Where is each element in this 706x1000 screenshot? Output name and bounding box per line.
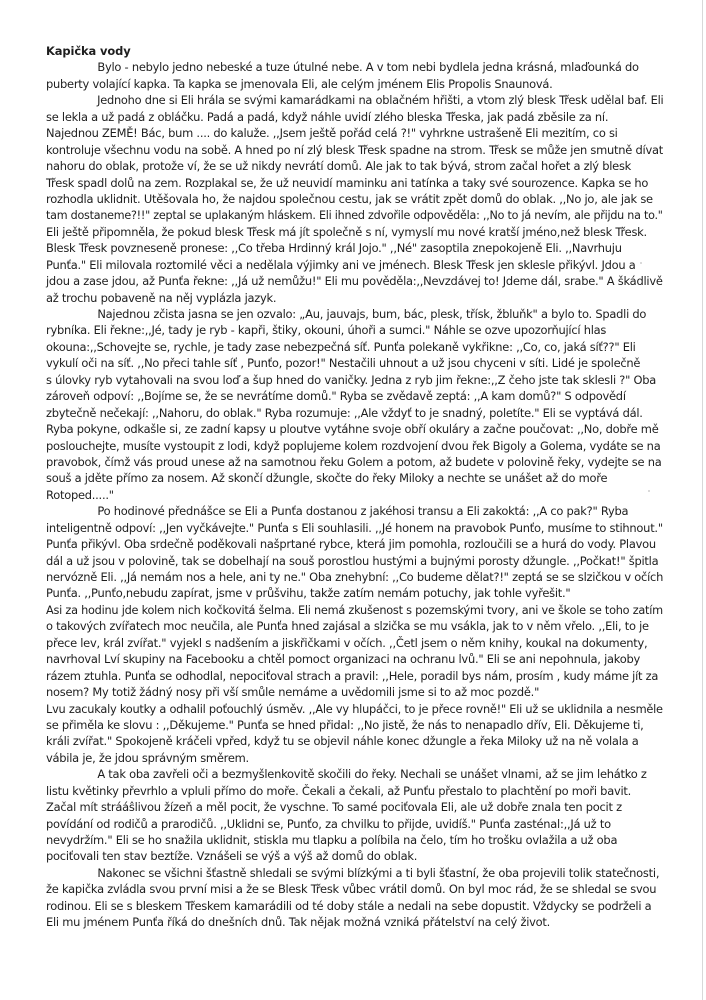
paragraph-first-line: Bylo - nebylo jedno nebeské a tuze útuln… [46,59,663,75]
text-line: Lvu zacukaly koutky a odhalil poťouchlý … [46,701,658,717]
text-line: rodinou. Eli se s bleskem Třeskem kamará… [46,898,663,914]
text-line: nevydržím." Eli se ho snažila uklidnit, … [46,832,663,848]
document-title: Kapička vody [46,43,663,59]
text-line: Najednou ZEMĚ! Bác, bum .... do kaluže. … [46,125,663,141]
text-line: vykulí oči na síť. ,,No přeci tahle síť … [46,355,663,371]
text-line: že kapička zvládla svou první misi a že … [46,881,663,897]
text-line: rozhodla uklidnit. Utěšovala ho, že najd… [46,191,663,207]
text-line: o takových zvířatech moc neučila, ale Pu… [46,618,663,634]
text-line: Punťa." Eli milovala roztomilé věci a ne… [46,257,663,273]
text-line: nervózně Eli. ,,Já nemám nos a hele, ani… [46,569,663,585]
paragraph-first-line: Po hodinové přednášce se Eli a Punťa dos… [46,503,663,519]
paragraph-first-line: Najednou zčista jasna se jen ozvalo: „Au… [46,306,663,322]
text-line: Eli mu jménem Punťa říká do dnešních dnů… [46,914,663,930]
text-line: Punťa přikývl. Oba srdečně poděkovali na… [46,536,663,552]
text-line: dál a už jsou v polovině, tak se dobelha… [46,553,663,569]
paragraph-first-line: A tak oba zavřeli oči a bezmyšlenkovitě … [46,766,663,782]
text-line: se lekla a už padá z obláčku. Padá a pad… [46,109,663,125]
text-line: rázem ztuhla. Punťa se odhodlal, nepociť… [46,668,663,684]
text-line: se přiměla ke slovu : ,,Děkujeme." Punťa… [46,717,663,733]
text-line: tam dostaneme?!!" zeptal se uplakaným hl… [46,207,647,223]
paragraph-first-line: Jednoho dne si Eli hrála se svými kamará… [46,92,660,108]
text-line: listu květinky převrhlo a vpluli přímo d… [46,783,663,799]
text-line: Začal mít strááŝlivou žízeň a měl pocit,… [46,799,663,815]
text-line: vábila je, že jdou správným směrem. [46,750,663,766]
text-line: zároveň odpoví: ,,Bojíme se, že se nevrá… [46,388,663,404]
text-line: puberty volající kapka. Ta kapka se jmen… [46,76,663,92]
text-line: nahoru do oblak, protože ví, že se už ni… [46,158,663,174]
text-line: inteligentně odpoví: ,,Jen vyčkávejte." … [46,520,663,536]
text-line: Asi za hodinu jde kolem nich kočkovitá š… [46,602,655,618]
text-line: přece lev, král zvířat." vyjekl s nadšen… [46,635,663,651]
text-line: s úlovky ryb vytahovali na svou loď a šu… [46,372,663,388]
story-text: Bylo - nebylo jedno nebeské a tuze útuln… [46,59,671,930]
text-line: poslouchejte, musíte vystoupit z lodi, k… [46,438,663,454]
text-line: souš a jděte přímo za nosem. Až skončí d… [46,470,663,486]
text-line: zbytečně nečekají: ,,Nahoru, do oblak." … [46,405,663,421]
text-line: králi zvířat." Spokojeně kráčeli vpřed, … [46,733,663,749]
text-line: nosem? My totiž žádný nosy při vší smůle… [46,684,663,700]
text-line: okouna:,,Schovejte se, rychle, je tady z… [46,339,663,355]
text-line: až trochu pobaveně na něj vyplázla jazyk… [46,290,663,306]
text-line: Punťa. ,,Punťo,nebudu zapírat, jsme v pr… [46,585,663,601]
text-line: pociťovali ten stav beztíže. Vznášeli se… [46,848,663,864]
text-line: Ryba pokyne, odkašle si, ze zadní kapsy … [46,421,663,437]
document-body: Kapička vody Bylo - nebylo jedno nebeské… [46,43,671,931]
text-line: jdou a zase jdou, až Punťa řekne: ,,Já u… [46,273,663,289]
text-line: rybníka. Eli řekne:,,Jé, tady je ryb - k… [46,322,663,338]
text-line: pravobok, čímž vás proud unese až na sam… [46,454,663,470]
text-line: navrhoval Lví skupiny na Facebooku a cht… [46,651,663,667]
text-line: kontroluje všechnu vodu na sobě. A hned … [46,142,663,158]
page-edge [702,0,703,1000]
text-line: Eli ještě připomněla, že pokud blesk Tře… [46,224,663,240]
text-line: Blesk Třesk povzneseně pronese: ,,Co tře… [46,240,663,256]
text-line: povídání od rodičů a prarodičů. ,,Uklidn… [46,816,663,832]
text-line: Třesk spadl dolů na zem. Rozplakal se, ž… [46,175,663,191]
text-line: Rotoped....." [46,487,663,503]
paragraph-first-line: Nakonec se všichni šťastně shledali se s… [46,865,663,881]
